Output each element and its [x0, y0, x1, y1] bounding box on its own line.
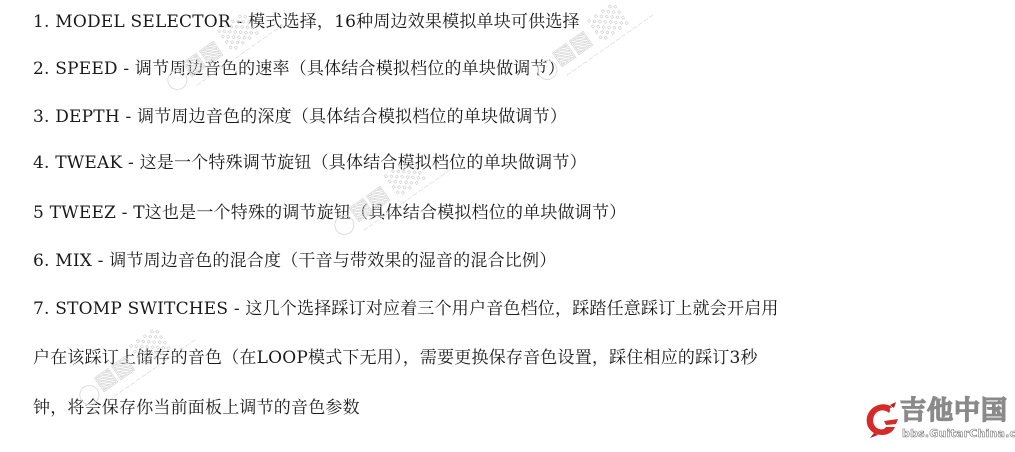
- doc-line-speed: 2. SPEED - 调节周边音色的速率（具体结合模拟档位的单块做调节）: [33, 57, 565, 81]
- doc-line-tweak: 4. TWEAK - 这是一个特殊调节旋钮（具体结合模拟档位的单块做调节）: [33, 151, 587, 175]
- doc-line-model-selector: 1. MODEL SELECTOR - 模式选择，16种周边效果模拟单块可供选择: [33, 10, 580, 34]
- dragon-g-icon: [862, 399, 902, 439]
- logo-title: 吉他中国: [900, 397, 1008, 425]
- logo-url: bbs.GuitarChina.com: [902, 427, 1015, 440]
- guitarchina-logo: 吉他中国 bbs.GuitarChina.com: [862, 397, 1012, 443]
- doc-line-tweez: 5 TWEEZ - T这也是一个特殊的调节旋钮（具体结合模拟档位的单块做调节）: [33, 201, 626, 225]
- doc-line-stomp-switches-cont-2: 钟，将会保存你当前面板上调节的音色参数: [33, 396, 360, 420]
- doc-line-stomp-switches: 7. STOMP SWITCHES - 这几个选择踩订对应着三个用户音色档位，踩…: [33, 297, 779, 321]
- doc-line-mix: 6. MIX - 调节周边音色的混合度（干音与带效果的湿音的混合比例）: [33, 249, 556, 273]
- doc-line-depth: 3. DEPTH - 调节周边音色的深度（具体结合模拟档位的单块做调节）: [33, 105, 567, 129]
- doc-line-stomp-switches-cont-1: 户在该踩订上储存的音色（在LOOP模式下无用），需要更换保存音色设置，踩住相应的…: [33, 346, 758, 370]
